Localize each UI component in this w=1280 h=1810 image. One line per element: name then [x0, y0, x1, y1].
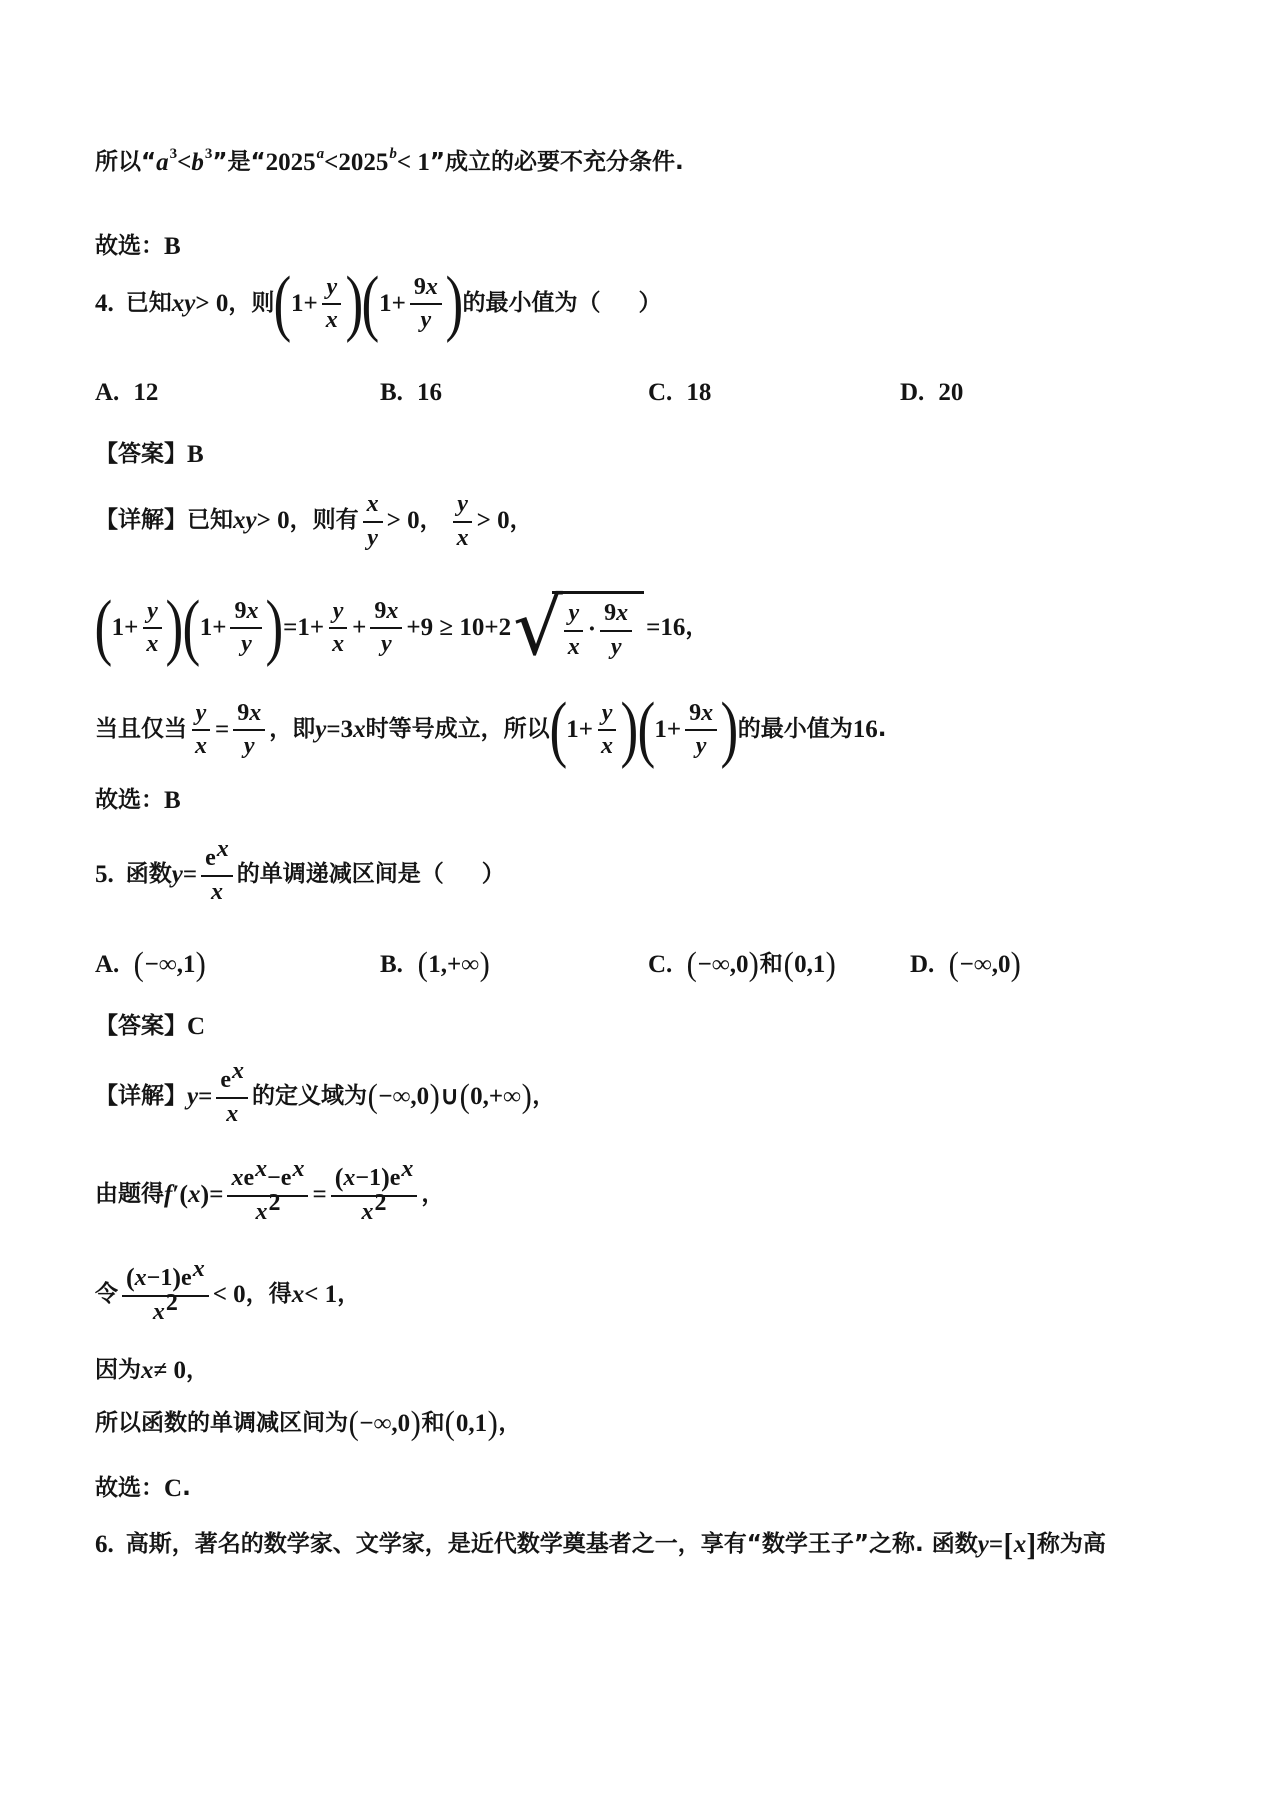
math-roman: > 0	[257, 506, 290, 536]
q5-option-d: D.(−∞,0)	[910, 944, 1022, 986]
math-variable: x	[195, 732, 207, 761]
math-variable: y	[241, 630, 252, 659]
text-run: 已知	[126, 289, 172, 319]
q5-option-c: C.(−∞,0)和(0,1)	[648, 944, 837, 986]
close-paren: )	[201, 1181, 210, 1210]
math-variable: y	[172, 860, 183, 890]
math-variable: y	[381, 630, 392, 659]
math-fraction: yx	[322, 273, 342, 336]
math-variable: xy	[172, 289, 196, 319]
math-roman: −∞,1	[145, 950, 196, 980]
text-run: 已知	[187, 506, 233, 536]
math-roman: =	[215, 715, 229, 745]
math-roman: −	[267, 1164, 281, 1193]
spacer	[119, 965, 133, 966]
q5-restriction-line: 因为x ≠ 0，	[95, 1356, 209, 1386]
math-roman: 6.	[95, 1530, 114, 1560]
math-fraction: exx	[201, 844, 233, 907]
math-roman: e	[220, 1066, 231, 1095]
math-roman: A.	[95, 378, 119, 408]
spacer	[672, 393, 686, 394]
fraction-denominator: x	[191, 731, 211, 761]
text-run: 所以“	[95, 148, 156, 178]
q3-final-choice: 故选：B	[95, 232, 181, 262]
fraction-denominator: x	[207, 877, 227, 907]
close-paren: )	[172, 1264, 181, 1293]
math-roman: C.	[648, 378, 672, 408]
math-variable: y	[457, 490, 468, 519]
text-run: 因为	[95, 1356, 141, 1386]
math-roman: 9	[689, 699, 701, 728]
fraction-denominator: y	[363, 523, 382, 553]
math-variable: x	[616, 599, 628, 628]
math-variable: x	[153, 1298, 165, 1327]
math-roman: =	[198, 1082, 212, 1112]
math-roman: 9	[374, 597, 386, 626]
close-paren: )	[522, 1079, 532, 1115]
math-roman: > 0	[387, 506, 420, 536]
open-paren: (	[418, 947, 428, 983]
close-paren: )	[345, 264, 363, 344]
close-paren: )	[166, 588, 184, 668]
spacer	[924, 393, 938, 394]
text-run: 的最小值为（	[462, 289, 600, 319]
fraction-numerator: y	[453, 490, 472, 523]
text-run: ）	[638, 289, 661, 319]
open-paren: (	[274, 264, 292, 344]
math-roman: =3	[326, 715, 353, 745]
math-roman: 18	[686, 378, 711, 408]
math-variable: x	[255, 1198, 267, 1227]
math-roman: C	[164, 1474, 182, 1504]
math-roman: e	[243, 1164, 254, 1193]
math-roman: +	[352, 613, 366, 643]
math-roman: +9 ≥ 10+2	[406, 613, 511, 643]
math-roman: 1+	[200, 613, 227, 643]
close-paren: )	[430, 1079, 440, 1115]
math-roman: e	[281, 1164, 292, 1193]
spacer	[119, 393, 133, 394]
math-roman: 0,1	[456, 1409, 487, 1439]
math-variable: y	[187, 1082, 198, 1112]
fraction-denominator: x	[564, 632, 584, 662]
math-roman: 0,1	[794, 950, 825, 980]
question-5-options: A.(−∞,1) B.(1,+∞) C.(−∞,0)和(0,1) D.(−∞,0…	[95, 944, 1280, 986]
math-fraction: xy	[363, 490, 383, 553]
math-variable: x	[362, 1198, 374, 1227]
spacer	[114, 303, 126, 304]
math-roman: 9	[414, 273, 426, 302]
spacer	[934, 965, 948, 966]
open-paren: (	[179, 1181, 188, 1210]
q5-derivative-line: 由题得f′(x)=xex−exx2=(x−1)exx2，	[95, 1164, 444, 1227]
math-fraction: xex−exx2	[227, 1164, 308, 1227]
text-run: 高斯，著名的数学家、文学家，是近代数学奠基者之一，享有“数学王子”之称.	[126, 1530, 924, 1560]
text-run: ）	[482, 860, 505, 890]
math-variable: x	[135, 1264, 147, 1293]
spacer	[924, 1544, 932, 1545]
text-run: ，	[420, 506, 443, 536]
text-run: ，	[337, 1280, 360, 1310]
math-fraction: (x−1)exx2	[331, 1164, 418, 1227]
radicand: yx·9xy	[552, 591, 644, 665]
text-run: 的定义域为	[252, 1082, 367, 1112]
open-paren: (	[637, 690, 655, 770]
fraction-numerator: y	[564, 599, 583, 632]
fraction-numerator: 9x	[685, 699, 717, 732]
section-label: 【详解】	[95, 1082, 187, 1112]
q4-equality-condition: 当且仅当yx=9xy，即y=3x时等号成立，所以(1+yx)(1+9xy)的最小…	[95, 690, 886, 770]
close-paren: )	[411, 1406, 421, 1442]
document-page: 所以“a3 < b3”是“2025a < 2025b < 1”成立的必要不充分条…	[0, 0, 1280, 1810]
open-paren: (	[362, 264, 380, 344]
spacer	[600, 303, 638, 304]
text-run: 的单调递减区间是（	[237, 860, 444, 890]
math-roman: 0,+∞	[470, 1082, 521, 1112]
math-roman: 9	[237, 699, 249, 728]
open-paren: (	[549, 690, 567, 770]
math-roman: −∞,0	[960, 950, 1011, 980]
q3-conclusion-line: 所以“a3 < b3”是“2025a < 2025b < 1”成立的必要不充分条…	[95, 148, 684, 178]
math-variable: y	[978, 1530, 989, 1560]
math-roman: ≠ 0	[154, 1356, 186, 1386]
math-variable: x	[386, 597, 398, 626]
math-fraction: yx	[453, 490, 473, 553]
fraction-denominator: x	[597, 731, 617, 761]
text-run: ，则	[228, 289, 274, 319]
math-roman: 12	[133, 378, 158, 408]
open-paren: (	[349, 1406, 359, 1442]
q5-option-b: B.(1,+∞)	[380, 944, 490, 986]
math-variable: y	[367, 524, 378, 553]
fraction-numerator: y	[598, 699, 617, 732]
close-paren: )	[266, 588, 284, 668]
open-bracket: [	[1004, 1528, 1014, 1562]
math-fraction: exx	[216, 1066, 248, 1129]
q5-option-a: A.(−∞,1)	[95, 944, 207, 986]
fraction-denominator: y	[237, 629, 256, 659]
fraction-denominator: x	[453, 523, 473, 553]
q5-inequality-line: 令(x−1)exx2 < 0，得x < 1，	[95, 1264, 360, 1327]
math-roman: ·	[588, 615, 596, 645]
math-roman: =	[312, 1180, 326, 1210]
fraction-numerator: y	[143, 597, 162, 630]
fraction-numerator: ex	[216, 1066, 248, 1099]
close-paren: )	[445, 264, 463, 344]
close-paren: )	[1011, 947, 1021, 983]
fraction-denominator: x2	[149, 1297, 182, 1327]
q4-final-choice: 故选：B	[95, 786, 181, 816]
text-run: ”成立的必要不充分条件.	[430, 148, 684, 178]
text-run: ，	[421, 1180, 444, 1210]
close-paren: )	[381, 1164, 390, 1193]
fraction-numerator: 9x	[233, 699, 265, 732]
fraction-denominator: y	[692, 731, 711, 761]
spacer	[114, 1544, 126, 1545]
open-paren: (	[459, 1079, 469, 1115]
math-fraction: yx	[191, 699, 211, 762]
spacer	[443, 521, 449, 522]
math-roman: 20	[938, 378, 963, 408]
open-paren: (	[783, 947, 793, 983]
math-variable: x	[568, 633, 580, 662]
text-run: ”是“	[212, 148, 265, 178]
section-label: 【答案】	[95, 1012, 187, 1042]
math-variable: x	[231, 1164, 243, 1193]
spacer	[444, 875, 482, 876]
fraction-denominator: x2	[251, 1197, 284, 1227]
math-roman: 1+	[112, 613, 139, 643]
math-roman: 2025	[266, 148, 316, 178]
open-paren: (	[94, 588, 112, 668]
math-fraction: 9xy	[233, 699, 265, 762]
math-roman: e	[205, 844, 216, 873]
math-variable: y	[333, 597, 344, 626]
math-roman: C.	[648, 950, 672, 980]
math-variable: f	[164, 1180, 172, 1210]
math-variable: x	[601, 732, 613, 761]
text-run: 由题得	[95, 1180, 164, 1210]
math-variable: x	[332, 630, 344, 659]
section-label: 【答案】	[95, 440, 187, 470]
math-variable: x	[292, 1280, 305, 1310]
fraction-denominator: x	[142, 629, 162, 659]
math-variable: y	[326, 273, 337, 302]
q4-option-c: C.18	[648, 372, 711, 414]
math-variable: x	[146, 630, 158, 659]
math-variable: x	[141, 1356, 154, 1386]
math-roman: −1	[147, 1264, 173, 1293]
fraction-numerator: ex	[201, 844, 233, 877]
math-variable: x	[226, 1100, 238, 1129]
math-roman: > 0	[195, 289, 228, 319]
math-roman: ∪	[441, 1082, 459, 1112]
q4-explanation-line-1: 【详解】已知xy > 0，则有xy > 0，yx > 0，	[95, 490, 533, 553]
text-run: 令	[95, 1280, 118, 1310]
fraction-numerator: 9x	[600, 599, 632, 632]
open-paren: (	[949, 947, 959, 983]
close-paren: )	[196, 947, 206, 983]
math-variable: x	[426, 273, 438, 302]
text-run: ，	[685, 613, 708, 643]
math-roman: B.	[380, 950, 403, 980]
math-roman: D.	[910, 950, 934, 980]
math-variable: x	[1014, 1530, 1027, 1560]
math-roman: > 0	[477, 506, 510, 536]
text-run: 故选：	[95, 786, 164, 816]
math-fraction: 9xy	[600, 599, 632, 662]
math-roman: <	[324, 148, 338, 178]
close-paren: )	[826, 947, 836, 983]
fraction-numerator: 9x	[370, 597, 402, 630]
spacer	[403, 965, 417, 966]
fraction-numerator: y	[322, 273, 341, 306]
text-run: ，则有	[290, 506, 359, 536]
text-run: ，得	[246, 1280, 292, 1310]
math-variable: y	[602, 699, 613, 728]
fraction-denominator: x	[322, 305, 342, 335]
fraction-denominator: y	[240, 731, 259, 761]
text-run: 和	[760, 950, 783, 980]
fraction-numerator: y	[192, 699, 211, 732]
math-fraction: (x−1)exx2	[122, 1264, 209, 1327]
math-roman: e	[181, 1264, 192, 1293]
math-variable: y	[147, 597, 158, 626]
math-roman: B	[187, 440, 204, 470]
math-roman: B.	[380, 378, 403, 408]
text-run: 时等号成立，所以	[366, 715, 550, 745]
text-run: 称为高	[1037, 1530, 1106, 1560]
math-roman: 1+	[291, 289, 318, 319]
open-paren: (	[687, 947, 697, 983]
q4-option-a: A.12	[95, 372, 158, 414]
open-paren: (	[445, 1406, 455, 1442]
close-paren: )	[620, 690, 638, 770]
math-roman: −∞,0	[698, 950, 749, 980]
math-radical: √yx·9xy	[513, 591, 644, 665]
text-run: 故选：	[95, 232, 164, 262]
math-variable: b	[191, 148, 204, 178]
open-paren: (	[134, 947, 144, 983]
open-paren: (	[368, 1079, 378, 1115]
open-paren: (	[126, 1264, 135, 1293]
math-roman: ′	[172, 1180, 179, 1210]
math-roman: e	[390, 1164, 401, 1193]
math-variable: x	[343, 1164, 355, 1193]
math-variable: y	[244, 732, 255, 761]
close-paren: )	[721, 690, 739, 770]
math-variable: y	[696, 732, 707, 761]
math-roman: 5.	[95, 860, 114, 890]
math-roman: 16	[853, 715, 878, 745]
math-variable: x	[326, 306, 338, 335]
spacer	[672, 965, 686, 966]
question-5-stem: 5.函数y=exx的单调递减区间是（）	[95, 844, 505, 907]
fraction-numerator: x	[363, 490, 383, 523]
text-run: .	[182, 1474, 191, 1504]
fraction-numerator: 9x	[410, 273, 442, 306]
close-paren: )	[749, 947, 759, 983]
fraction-denominator: y	[417, 305, 436, 335]
q4-option-d: D.20	[900, 372, 963, 414]
text-run: ，	[498, 1409, 521, 1439]
math-roman: A.	[95, 950, 119, 980]
math-roman: 1+	[379, 289, 406, 319]
math-variable: x	[246, 597, 258, 626]
math-variable: x	[211, 878, 223, 907]
question-4-options: A.12 B.16 C.18 D.20	[95, 372, 1280, 414]
math-roman: < 1	[397, 148, 430, 178]
fraction-numerator: 9x	[230, 597, 262, 630]
math-roman: −∞,0	[359, 1409, 410, 1439]
math-fraction: yx	[564, 599, 584, 662]
math-roman: 16	[417, 378, 442, 408]
math-variable: y	[611, 633, 622, 662]
math-roman: D.	[900, 378, 924, 408]
math-roman: =	[209, 1180, 223, 1210]
math-roman: <	[177, 148, 191, 178]
close-paren: )	[480, 947, 490, 983]
spacer	[403, 393, 417, 394]
math-fraction: 9xy	[230, 597, 262, 660]
math-variable: xy	[233, 506, 257, 536]
fraction-denominator: x	[328, 629, 348, 659]
text-run: 故选：	[95, 1474, 164, 1504]
fraction-denominator: y	[377, 629, 396, 659]
q5-final-choice: 故选：C.	[95, 1474, 191, 1504]
math-roman: B	[164, 786, 181, 816]
math-roman: 1,+∞	[428, 950, 479, 980]
section-label: 【详解】	[95, 506, 187, 536]
spacer	[114, 875, 126, 876]
fraction-denominator: x	[222, 1099, 242, 1129]
math-variable: x	[188, 1180, 201, 1210]
math-variable: a	[156, 148, 169, 178]
math-variable: y	[568, 599, 579, 628]
text-run: 的最小值为	[738, 715, 853, 745]
math-roman: 4.	[95, 289, 114, 319]
text-run: 函数	[932, 1530, 978, 1560]
fraction-denominator: y	[607, 632, 626, 662]
math-roman: < 1	[304, 1280, 337, 1310]
math-variable: y	[315, 715, 326, 745]
math-roman: B	[164, 232, 181, 262]
text-run: 所以函数的单调减区间为	[95, 1409, 348, 1439]
math-variable: x	[249, 699, 261, 728]
text-run: 函数	[126, 860, 172, 890]
math-roman: 2025	[338, 148, 388, 178]
close-bracket: ]	[1027, 1528, 1037, 1562]
text-run: 当且仅当	[95, 715, 187, 745]
text-run: .	[878, 715, 887, 745]
math-roman: −1	[355, 1164, 381, 1193]
math-variable: y	[196, 699, 207, 728]
text-run: ，	[510, 506, 533, 536]
question-6-stem: 6.高斯，著名的数学家、文学家，是近代数学奠基者之一，享有“数学王子”之称.函数…	[95, 1528, 1106, 1562]
close-paren: )	[488, 1406, 498, 1442]
math-variable: x	[353, 715, 366, 745]
q4-answer-line: 【答案】B	[95, 440, 204, 470]
math-variable: x	[367, 490, 379, 519]
math-fraction: yx	[142, 597, 162, 660]
q4-option-b: B.16	[380, 372, 442, 414]
q5-domain-line: 【详解】y=exx的定义域为(−∞,0)∪(0,+∞)，	[95, 1066, 555, 1129]
math-roman: 9	[604, 599, 616, 628]
question-4-stem: 4.已知xy > 0，则(1+yx)(1+9xy)的最小值为（）	[95, 264, 661, 344]
math-fraction: yx	[328, 597, 348, 660]
math-roman: =16	[646, 613, 685, 643]
fraction-numerator: y	[329, 597, 348, 630]
math-roman: =	[183, 860, 197, 890]
q5-answer-line: 【答案】C	[95, 1012, 205, 1042]
math-fraction: 9xy	[410, 273, 442, 336]
math-fraction: 9xy	[685, 699, 717, 762]
math-roman: =1+	[283, 613, 324, 643]
math-roman: −∞,0	[378, 1082, 429, 1112]
math-roman: 9	[234, 597, 246, 626]
math-roman: C	[187, 1012, 205, 1042]
q5-conclusion-line: 所以函数的单调减区间为(−∞,0)和(0,1)，	[95, 1406, 521, 1442]
text-run: 和	[421, 1409, 444, 1439]
math-variable: x	[701, 699, 713, 728]
math-variable: x	[457, 524, 469, 553]
math-roman: 1+	[654, 715, 681, 745]
text-run: ，	[186, 1356, 209, 1386]
math-fraction: 9xy	[370, 597, 402, 660]
math-roman: =	[989, 1530, 1003, 1560]
text-run: ，	[532, 1082, 555, 1112]
math-variable: y	[421, 306, 432, 335]
